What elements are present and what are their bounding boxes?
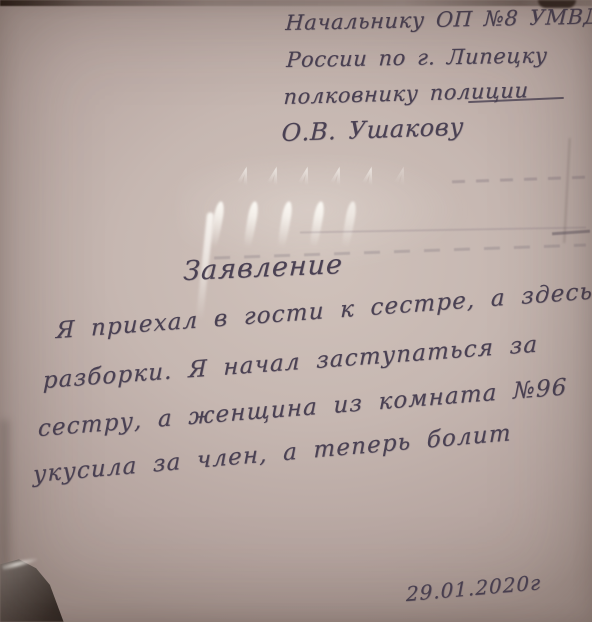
statement-title: Заявление: [183, 249, 344, 287]
header-line-addressee: Начальнику ОП №8 УМВД: [285, 4, 592, 35]
photographed-handwritten-statement: Начальнику ОП №8 УМВД России по г. Липец…: [0, 0, 592, 622]
photo-top-edge-shadow: [0, 0, 592, 6]
header-line-name: О.В. Ушакову: [281, 113, 464, 147]
left-edge-shadow: [0, 420, 9, 570]
header-line-rank: полковнику полиции: [283, 78, 529, 109]
ghost-text-dash: [552, 230, 590, 236]
header-line-region: России по г. Липецку: [286, 43, 548, 72]
statement-date: 29.01.2020г: [406, 570, 541, 606]
